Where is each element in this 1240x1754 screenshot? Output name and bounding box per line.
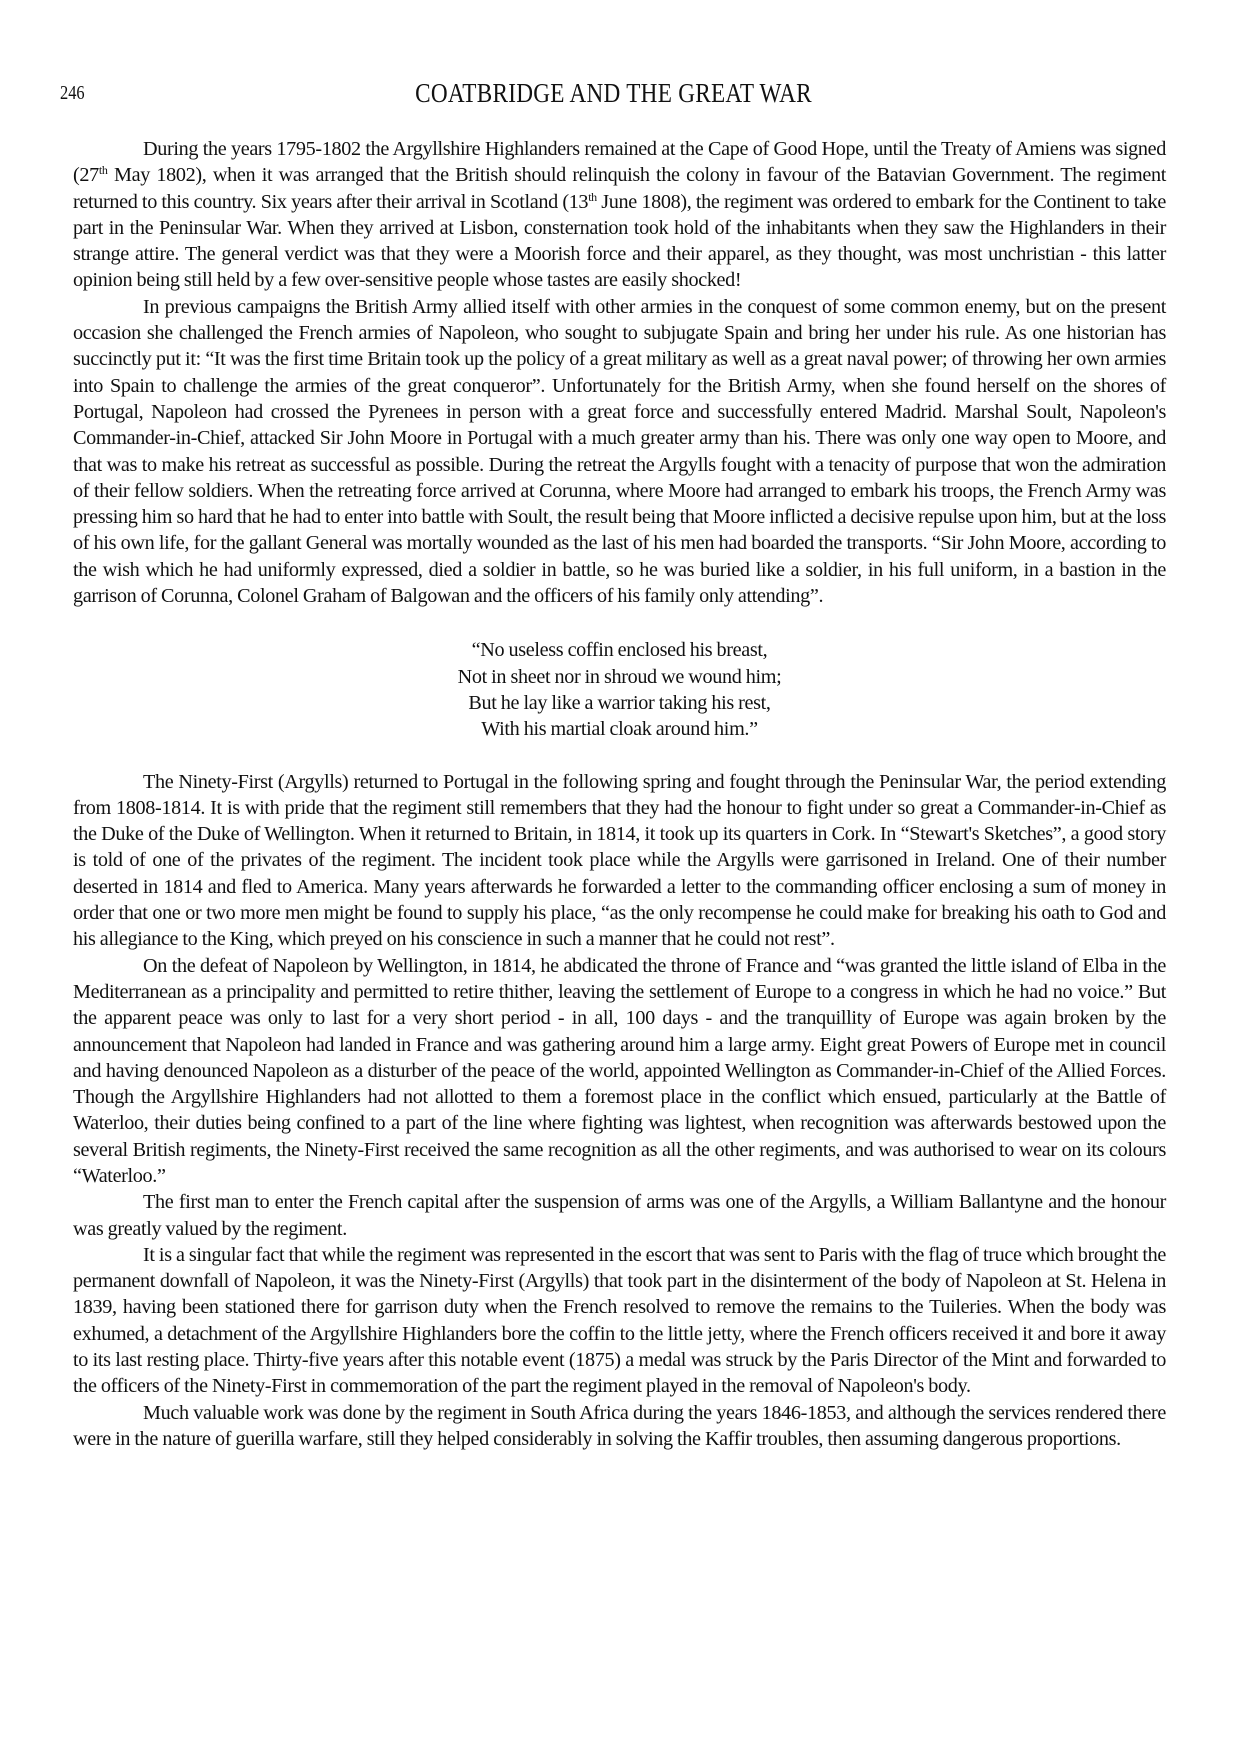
paragraph-defeat-of-napoleon: On the defeat of Napoleon by Wellington,… xyxy=(73,953,1166,1190)
page-number: 246 xyxy=(60,82,85,105)
verse-line: “No useless coffin enclosed his breast, xyxy=(73,637,1166,663)
verse-line: Not in sheet nor in shroud we wound him; xyxy=(73,664,1166,690)
running-header: 246 COATBRIDGE AND THE GREAT WAR xyxy=(60,78,1167,112)
ordinal-superscript: th xyxy=(588,190,597,204)
paragraph-peninsular-campaign: In previous campaigns the British Army a… xyxy=(73,294,1166,610)
verse-line: But he lay like a warrior taking his res… xyxy=(73,690,1166,716)
running-title: COATBRIDGE AND THE GREAT WAR xyxy=(137,78,1089,109)
paragraph-st-helena: It is a singular fact that while the reg… xyxy=(73,1242,1166,1400)
verse-line: With his martial cloak around him.” xyxy=(73,716,1166,742)
paragraph-first-man-paris: The first man to enter the French capita… xyxy=(73,1189,1166,1242)
ordinal-superscript: th xyxy=(99,163,108,177)
paragraph-south-africa: Much valuable work was done by the regim… xyxy=(73,1400,1166,1453)
paragraph-cape-of-good-hope: During the years 1795-1802 the Argyllshi… xyxy=(73,136,1166,294)
body-text: During the years 1795-1802 the Argyllshi… xyxy=(73,136,1166,1452)
paragraph-ninety-first-portugal: The Ninety-First (Argylls) returned to P… xyxy=(73,769,1166,953)
verse-quotation: “No useless coffin enclosed his breast, … xyxy=(73,637,1166,742)
book-page: 246 COATBRIDGE AND THE GREAT WAR During … xyxy=(0,0,1240,1754)
